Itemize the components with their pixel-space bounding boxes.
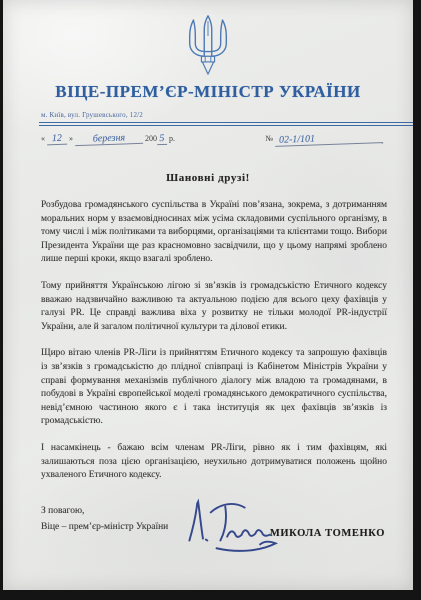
number-label: № (265, 134, 273, 143)
paragraph-3: Щиро вітаю членів PR-Ліги із прийняттям … (41, 347, 387, 429)
date-open-quote: « (41, 134, 45, 143)
letterhead-address: м. Київ, вул. Грушевського, 12/2 (41, 111, 413, 119)
date-year-printed: 200 (145, 134, 157, 143)
letterhead-divider (39, 122, 413, 126)
letter-body: Розбудова громадянського суспільства в У… (41, 199, 387, 483)
paragraph-4: І насамкінець - бажаю всім членам PR-Ліг… (41, 442, 387, 483)
date-month-handwritten: березня (75, 133, 143, 146)
date-field: « 12 » березня 2005 р. (41, 134, 175, 145)
date-day-handwritten: 12 (47, 134, 67, 146)
paragraph-2: Тому прийняття Українською лігою зі зв’я… (41, 280, 387, 334)
number-value-handwritten: 02-1/101 (275, 132, 383, 147)
closing-block: З повагою, Віце – прем’єр-міністр Україн… (41, 506, 387, 532)
number-field: № 02-1/101 (265, 134, 383, 145)
scanned-letter-page: ВІЦЕ-ПРЕМ’ЄР-МІНІСТР УКРАЇНИ м. Київ, ву… (3, 0, 413, 590)
date-number-row: « 12 » березня 2005 р. № 02-1/101 (41, 134, 383, 145)
date-close-quote: » (69, 134, 73, 143)
tryzub-emblem-icon (184, 14, 232, 76)
paragraph-1: Розбудова громадянського суспільства в У… (41, 199, 387, 267)
signer-name: МИКОЛА ТОМЕНКО (270, 528, 385, 539)
letterhead-title: ВІЦЕ-ПРЕМ’ЄР-МІНІСТР УКРАЇНИ (3, 82, 413, 102)
salutation: Шановні друзі! (3, 172, 413, 184)
date-year-suffix: р. (169, 134, 175, 143)
signature-autograph-icon (183, 494, 283, 556)
date-year-handwritten: 5 (157, 134, 167, 145)
